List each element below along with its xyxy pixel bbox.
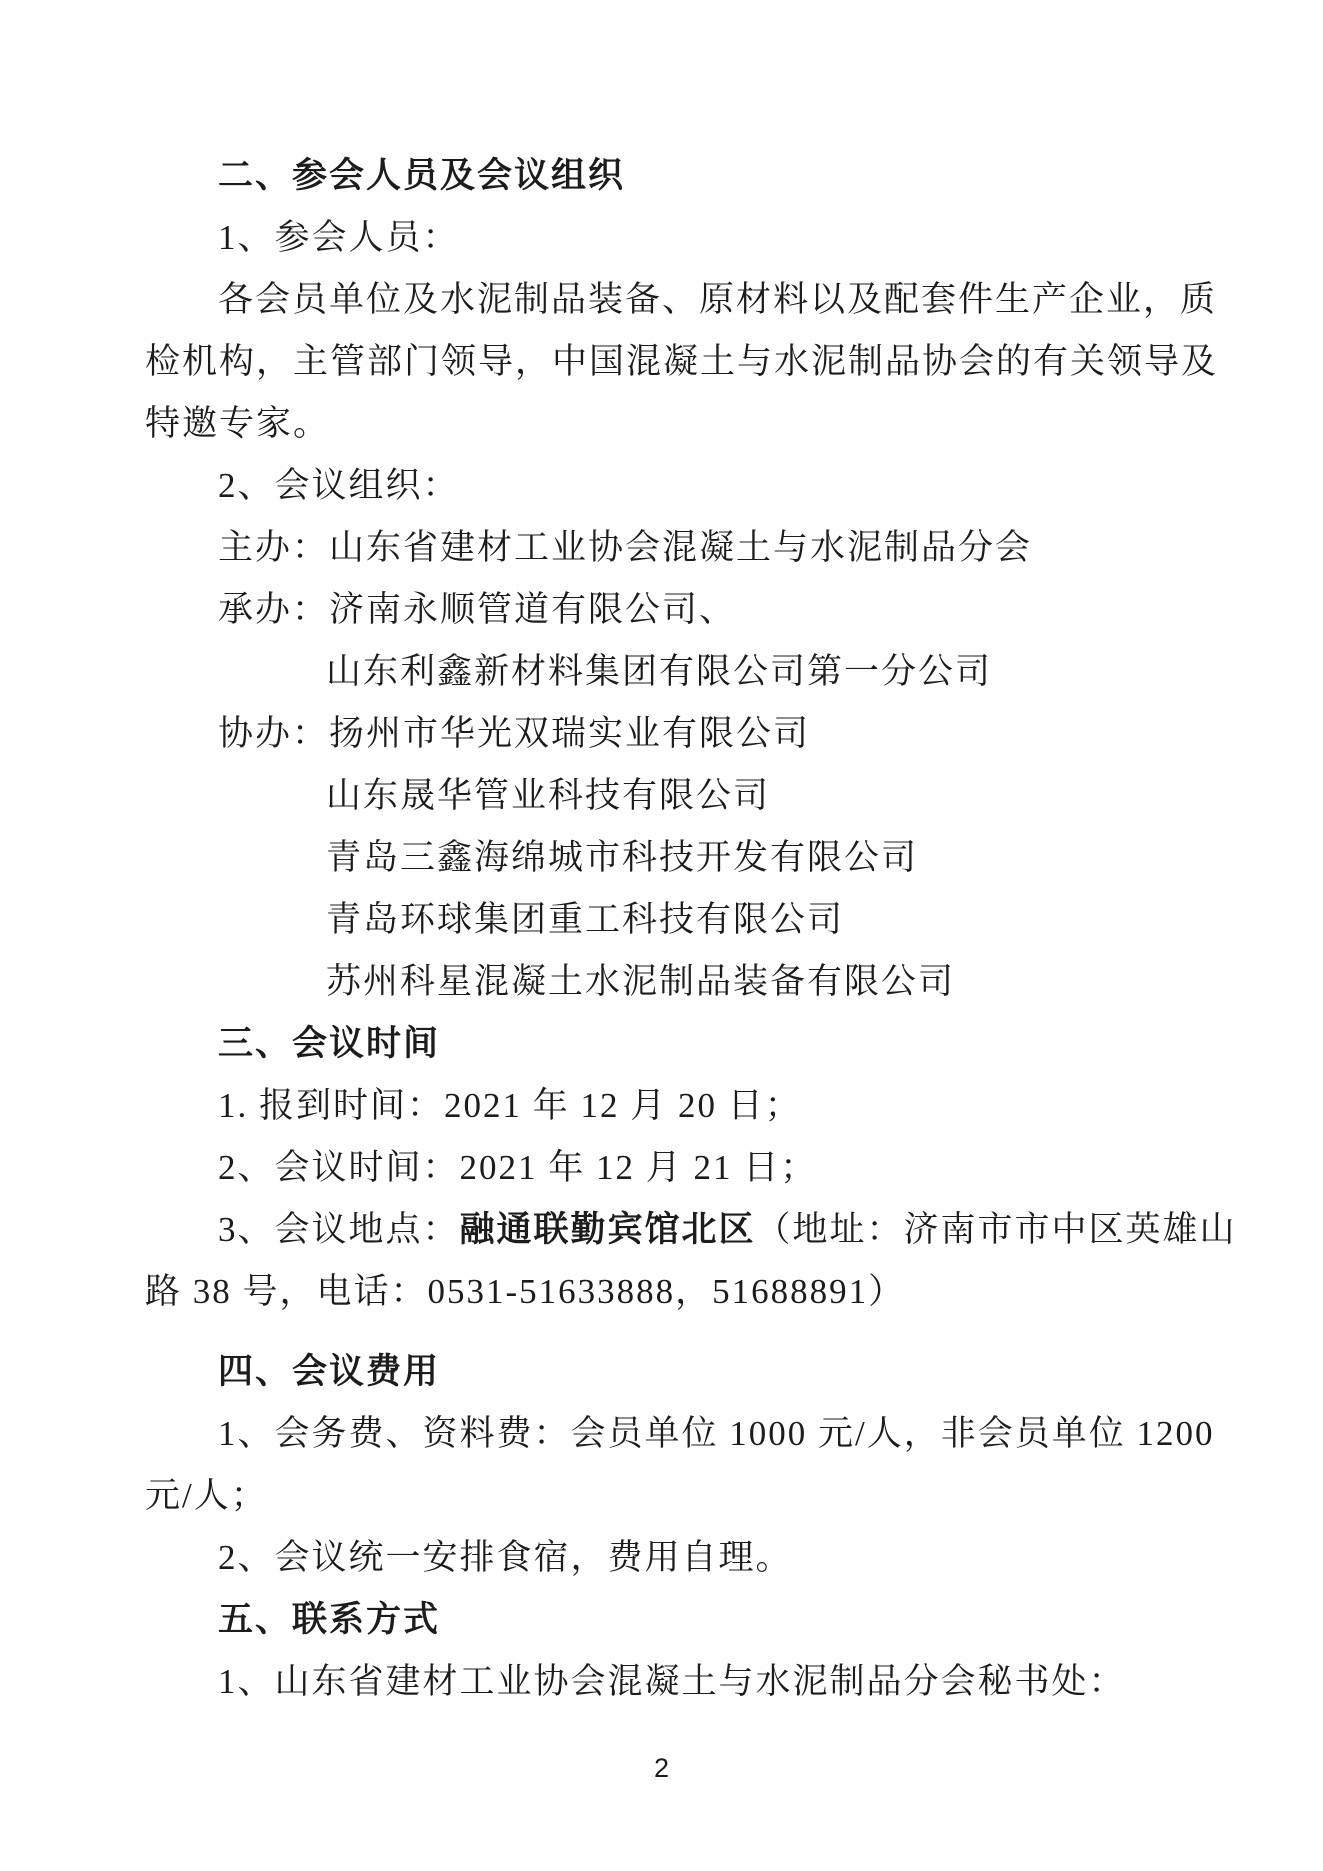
- section-heading: 二、参会人员及会议组织: [145, 145, 1245, 207]
- text-line: 3、会议地点：融通联勤宾馆北区（地址：济南市市中区英雄山: [145, 1199, 1245, 1261]
- text-line: 1、参会人员：: [145, 207, 1245, 269]
- text-line: 1. 报到时间：2021 年 12 月 20 日；: [145, 1075, 1245, 1137]
- text-line: 青岛三鑫海绵城市科技开发有限公司: [145, 827, 1245, 889]
- run-text: （地址：济南市市中区英雄山: [756, 1210, 1237, 1249]
- run-text: 1、参会人员：: [218, 218, 460, 257]
- run-text: 1. 报到时间：2021 年 12 月 20 日；: [218, 1086, 802, 1125]
- emphasis-text: 四、会议费用: [218, 1352, 440, 1391]
- emphasis-text: 五、联系方式: [218, 1600, 440, 1639]
- section-heading: 三、会议时间: [145, 1013, 1245, 1075]
- run-text: 元/人；: [145, 1476, 268, 1515]
- run-text: 路 38 号，电话：0531-51633888，51688891）: [145, 1272, 905, 1311]
- text-line: 山东利鑫新材料集团有限公司第一分公司: [145, 641, 1245, 703]
- run-text: 苏州科星混凝土水泥制品装备有限公司: [326, 962, 955, 1001]
- emphasis-text: 二、参会人员及会议组织: [218, 156, 625, 195]
- section-heading: 五、联系方式: [145, 1589, 1245, 1651]
- run-text: 2、会议时间：2021 年 12 月 21 日；: [218, 1148, 817, 1187]
- text-line: 承办：济南永顺管道有限公司、: [145, 579, 1245, 641]
- text-line: 苏州科星混凝土水泥制品装备有限公司: [145, 951, 1245, 1013]
- page-number: 2: [654, 1753, 669, 1783]
- text-line: 山东晟华管业科技有限公司: [145, 765, 1245, 827]
- run-text: 青岛环球集团重工科技有限公司: [326, 900, 844, 939]
- run-text: 3、会议地点：: [218, 1210, 460, 1249]
- run-text: 山东晟华管业科技有限公司: [326, 776, 770, 815]
- run-text: 各会员单位及水泥制品装备、原材料以及配套件生产企业，质: [218, 280, 1217, 319]
- text-line: 路 38 号，电话：0531-51633888，51688891）: [145, 1261, 1245, 1323]
- text-line: 青岛环球集团重工科技有限公司: [145, 889, 1245, 951]
- text-line: 主办：山东省建材工业协会混凝土与水泥制品分会: [145, 517, 1245, 579]
- run-text: 主办：山东省建材工业协会混凝土与水泥制品分会: [218, 528, 1032, 567]
- run-text: 1、山东省建材工业协会混凝土与水泥制品分会秘书处：: [218, 1662, 1126, 1701]
- text-line: 元/人；: [145, 1465, 1245, 1527]
- text-line: 1、会务费、资料费：会员单位 1000 元/人，非会员单位 1200: [145, 1403, 1245, 1465]
- text-line: 特邀专家。: [145, 393, 1245, 455]
- text-line: 2、会议时间：2021 年 12 月 21 日；: [145, 1137, 1245, 1199]
- run-text: 协办：扬州市华光双瑞实业有限公司: [218, 714, 810, 753]
- section-heading: 四、会议费用: [145, 1341, 1245, 1403]
- text-line: 2、会议统一安排食宿，费用自理。: [145, 1527, 1245, 1589]
- run-text: 检机构，主管部门领导，中国混凝土与水泥制品协会的有关领导及: [145, 342, 1218, 381]
- text-line: 1、山东省建材工业协会混凝土与水泥制品分会秘书处：: [145, 1651, 1245, 1713]
- emphasis-text: 融通联勤宾馆北区: [460, 1210, 756, 1249]
- page-footer: 2: [0, 1750, 1323, 1786]
- run-text: 1、会务费、资料费：会员单位 1000 元/人，非会员单位 1200: [218, 1414, 1214, 1453]
- run-text: 山东利鑫新材料集团有限公司第一分公司: [326, 652, 992, 691]
- run-text: 2、会议统一安排食宿，费用自理。: [218, 1538, 793, 1577]
- emphasis-text: 三、会议时间: [218, 1024, 440, 1063]
- text-line: 检机构，主管部门领导，中国混凝土与水泥制品协会的有关领导及: [145, 331, 1245, 393]
- text-line: 2、会议组织：: [145, 455, 1245, 517]
- run-text: 青岛三鑫海绵城市科技开发有限公司: [326, 838, 918, 877]
- run-text: 承办：济南永顺管道有限公司、: [218, 590, 736, 629]
- text-line: 协办：扬州市华光双瑞实业有限公司: [145, 703, 1245, 765]
- document-content: 二、参会人员及会议组织1、参会人员：各会员单位及水泥制品装备、原材料以及配套件生…: [145, 145, 1245, 1713]
- document-page: 二、参会人员及会议组织1、参会人员：各会员单位及水泥制品装备、原材料以及配套件生…: [0, 0, 1323, 1871]
- run-text: 特邀专家。: [145, 404, 330, 443]
- run-text: 2、会议组织：: [218, 466, 460, 505]
- text-line: 各会员单位及水泥制品装备、原材料以及配套件生产企业，质: [145, 269, 1245, 331]
